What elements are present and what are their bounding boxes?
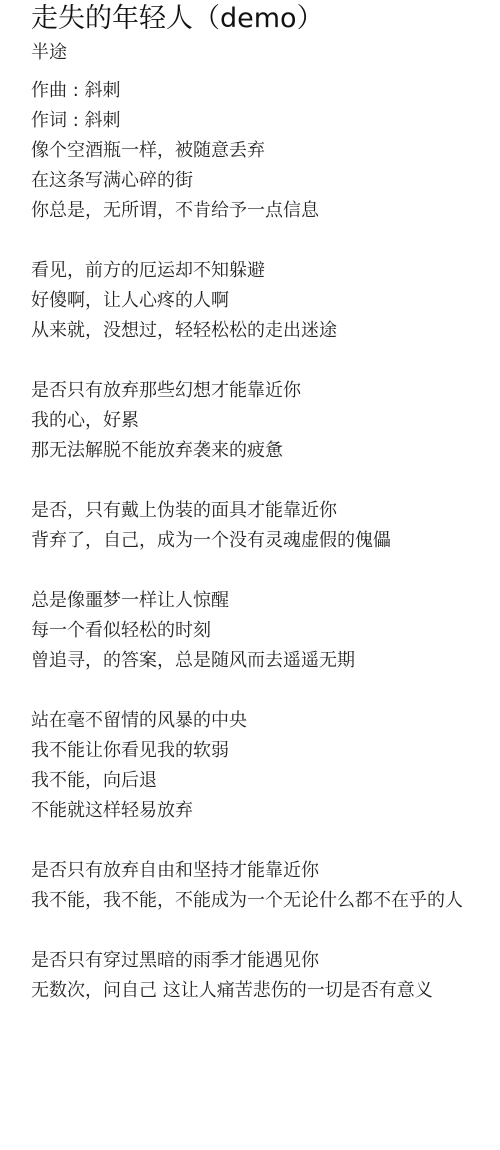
lyric-line: 不能就这样轻易放弃 [31,796,500,826]
lyric-line: 我不能让你看见我的软弱 [31,736,500,766]
lyric-line: 总是像噩梦一样让人惊醒 [31,586,500,616]
lyric-line: 看见，前方的厄运却不知躲避 [31,256,500,286]
stanza-break [31,466,500,496]
lyric-line: 我不能，我不能，不能成为一个无论什么都不在乎的人 [31,886,500,916]
lyric-line: 是否只有放弃自由和坚持才能靠近你 [31,856,500,886]
stanza-break [31,556,500,586]
stanza-break [31,826,500,856]
stanza-break [31,346,500,376]
stanza-break [31,676,500,706]
lyric-line: 每一个看似轻松的时刻 [31,616,500,646]
lyric-line: 我不能，向后退 [31,766,500,796]
lyric-line: 像个空酒瓶一样，被随意丢弃 [31,136,500,166]
lyric-line: 背弃了，自己，成为一个没有灵魂虚假的傀儡 [31,526,500,556]
stanza-break [31,226,500,256]
lyric-line: 是否只有穿过黑暗的雨季才能遇见你 [31,946,500,976]
lyric-line: 是否，只有戴上伪装的面具才能靠近你 [31,496,500,526]
lyrics-page: 走失的年轻人（demo） 半途 作曲 : 斜刺 作词 : 斜刺 像个空酒瓶一样，… [31,0,500,1006]
lyric-line: 我的心，好累 [31,406,500,436]
lyric-line: 曾追寻，的答案，总是随风而去遥遥无期 [31,646,500,676]
credit-lyricist: 作词 : 斜刺 [31,106,500,136]
lyrics-body: 作曲 : 斜刺 作词 : 斜刺 像个空酒瓶一样，被随意丢弃 在这条写满心碎的街 … [31,76,500,1006]
artist-name: 半途 [31,38,500,68]
credit-composer: 作曲 : 斜刺 [31,76,500,106]
lyric-line: 那无法解脱不能放弃袭来的疲惫 [31,436,500,466]
song-title: 走失的年轻人（demo） [31,0,500,38]
lyric-line: 站在毫不留情的风暴的中央 [31,706,500,736]
lyric-line: 好傻啊，让人心疼的人啊 [31,286,500,316]
lyric-line: 无数次，问自己 这让人痛苦悲伤的一切是否有意义 [31,976,500,1006]
lyric-line: 在这条写满心碎的街 [31,166,500,196]
lyric-line: 你总是，无所谓，不肯给予一点信息 [31,196,500,226]
lyric-line: 是否只有放弃那些幻想才能靠近你 [31,376,500,406]
lyric-line: 从来就，没想过，轻轻松松的走出迷途 [31,316,500,346]
stanza-break [31,916,500,946]
